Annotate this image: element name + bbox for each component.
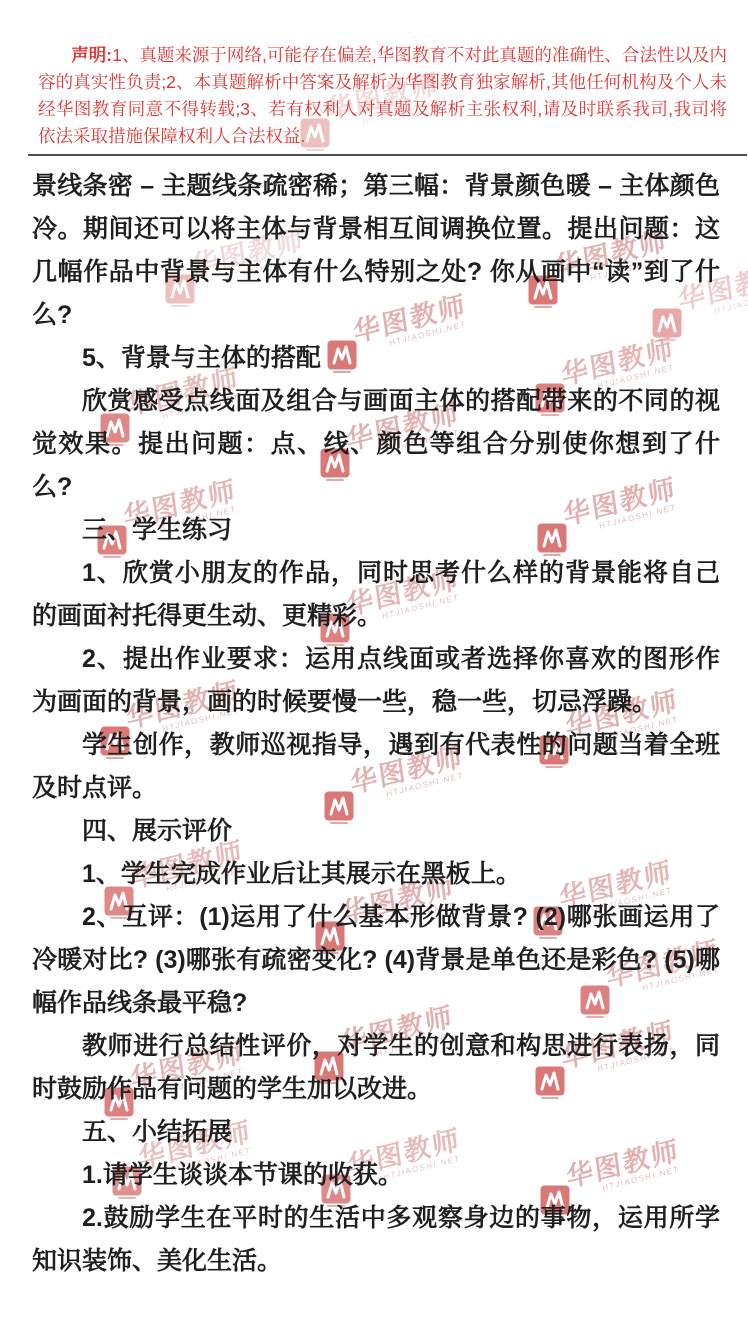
document-body: 景线条密 – 主题线条疏密稀；第三幅：背景颜色暖 – 主体颜色冷。期间还可以将主…: [32, 165, 720, 1283]
paragraph: 1、学生完成作业后让其展示在黑板上。: [32, 853, 720, 896]
paragraph: 1、欣赏小朋友的作品，同时思考什么样的背景能将自己的画面衬托得更生动、更精彩。: [32, 552, 720, 638]
paragraph: 2、提出作业要求：运用点线面或者选择你喜欢的图形作为画面的背景，画的时候要慢一些…: [32, 638, 720, 724]
paragraph: 教师进行总结性评价，对学生的创意和构思进行表扬，同时鼓励作品有问题的学生加以改进…: [32, 1025, 720, 1111]
document-page: 华图教师 HTJIAOSHI.NET 华图教师 HTJIAOSHI.NET 华图…: [0, 0, 748, 1335]
paragraph: 2、互评：(1)运用了什么基本形做背景? (2)哪张画运用了冷暖对比? (3)哪…: [32, 896, 720, 1025]
disclaimer-text: 1、真题来源于网络,可能存在偏差,华图教育不对此真题的准确性、合法性以及内容的真…: [38, 45, 727, 146]
paragraph: 五、小结拓展: [32, 1111, 720, 1154]
paragraph: 5、背景与主体的搭配: [32, 337, 720, 380]
paragraph: 欣赏感受点线面及组合与画面主体的搭配带来的不同的视觉效果。提出问题：点、线、颜色…: [32, 380, 720, 509]
paragraph: 学生创作，教师巡视指导，遇到有代表性的问题当着全班及时点评。: [32, 724, 720, 810]
paragraph: 1.请学生谈谈本节课的收获。: [32, 1154, 720, 1197]
separator-line: [28, 154, 747, 156]
paragraph: 三、学生练习: [32, 509, 720, 552]
paragraph: 景线条密 – 主题线条疏密稀；第三幅：背景颜色暖 – 主体颜色冷。期间还可以将主…: [32, 165, 720, 337]
paragraph: 2.鼓励学生在平时的生活中多观察身边的事物，运用所学知识装饰、美化生活。: [32, 1197, 720, 1283]
disclaimer-notice: 声明:1、真题来源于网络,可能存在偏差,华图教育不对此真题的准确性、合法性以及内…: [38, 42, 727, 150]
paragraph: 四、展示评价: [32, 810, 720, 853]
disclaimer-label: 声明:: [71, 45, 112, 65]
